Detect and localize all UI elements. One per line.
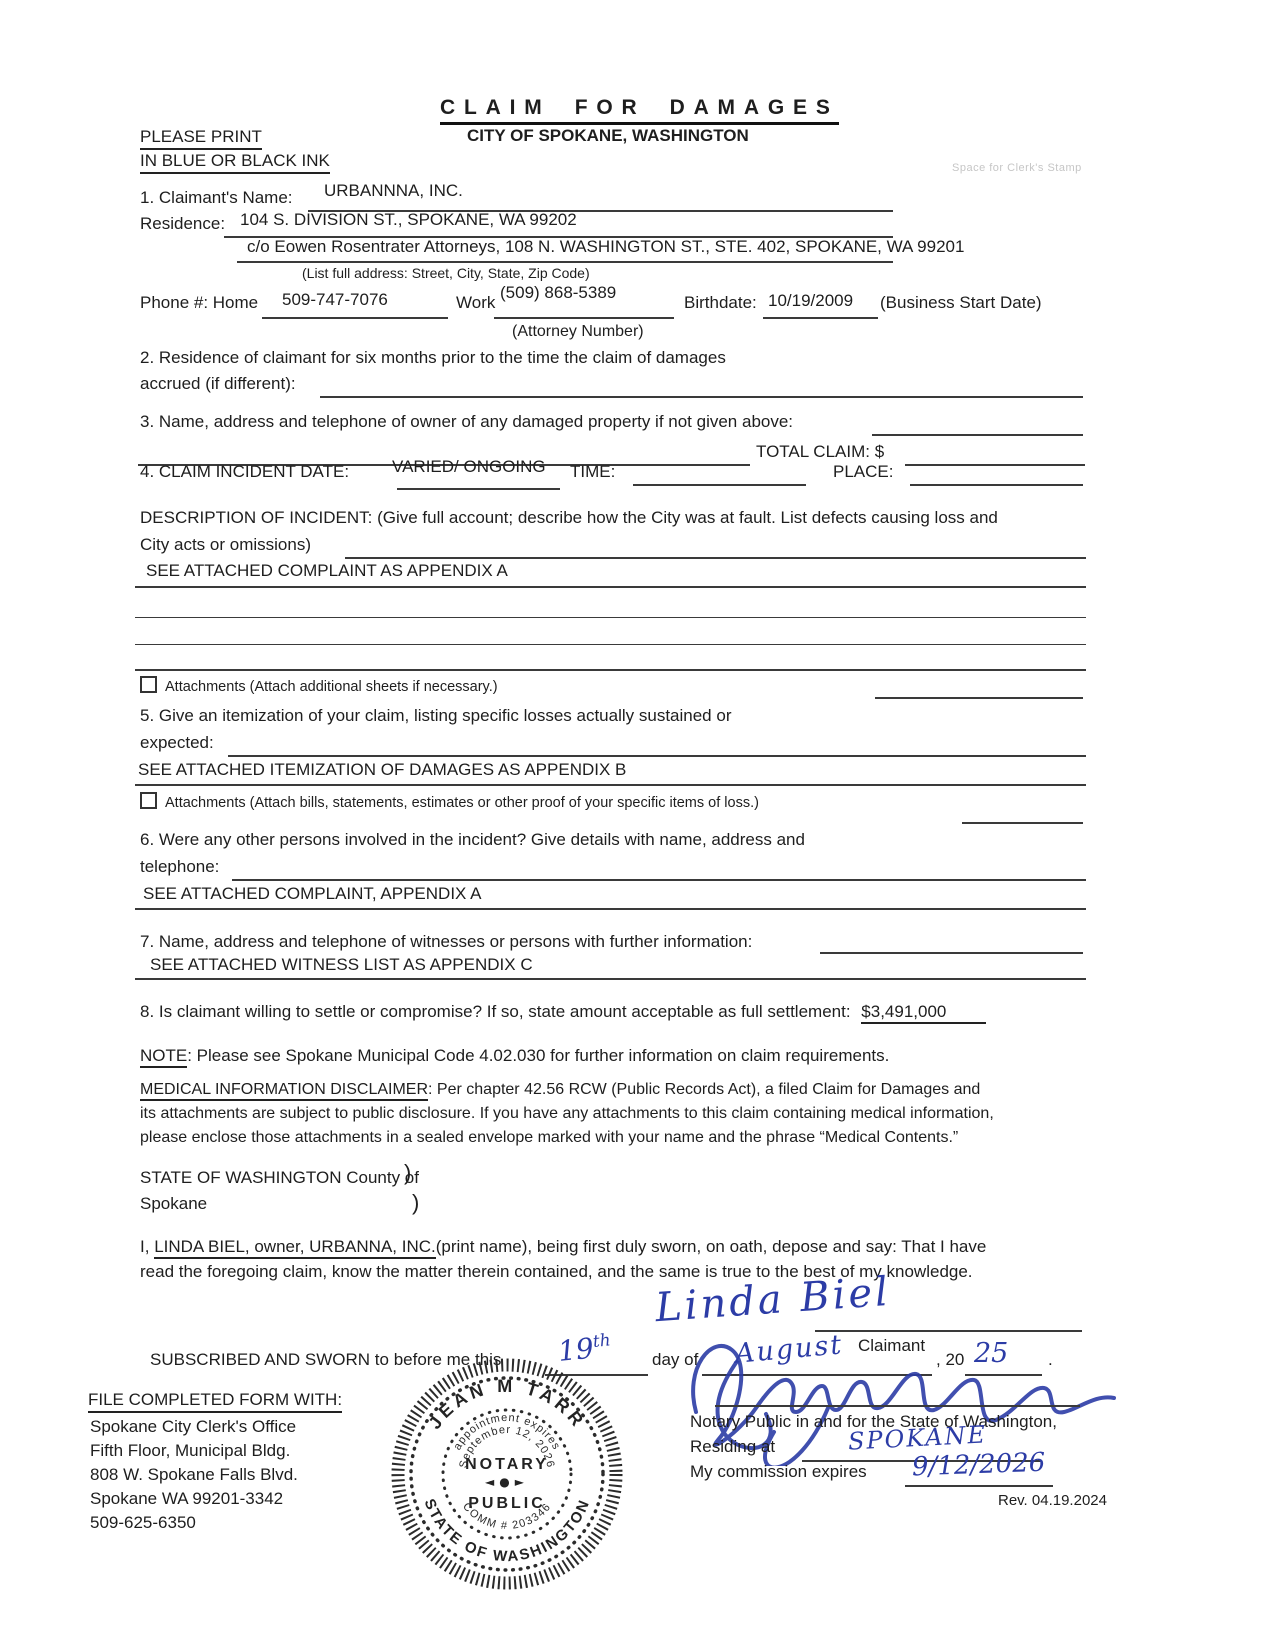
description-line2: City acts or omissions) xyxy=(140,535,311,555)
note-label: NOTE xyxy=(140,1046,187,1068)
item7-blank-line-right xyxy=(820,952,1083,954)
item2-line2: accrued (if different): xyxy=(140,374,296,394)
description-blank-line-0 xyxy=(345,557,1086,559)
print-instruction-2: IN BLUE OR BLACK INK xyxy=(140,151,330,174)
attachments-checkbox-2 xyxy=(140,792,157,809)
birthdate-value: 10/19/2009 xyxy=(768,291,853,311)
description-blank-line-3 xyxy=(135,644,1086,645)
stamp-word-public: PUBLIC xyxy=(468,1495,546,1512)
item7-line1: 7. Name, address and telephone of witnes… xyxy=(140,932,752,952)
total-claim-line xyxy=(905,464,1085,466)
settlement-amount: $3,491,000 xyxy=(861,1002,986,1024)
description-blank-line-4 xyxy=(135,669,1086,671)
medical-text-3: please enclose those attachments in a se… xyxy=(140,1128,958,1147)
item2-blank-line xyxy=(320,396,1083,398)
description-blank-line-1 xyxy=(135,586,1086,588)
item5-answer-line xyxy=(135,784,1086,786)
phone-work-label: Work xyxy=(456,293,495,313)
birthdate-label: Birthdate: xyxy=(684,293,757,313)
item5-line2: expected: xyxy=(140,733,214,753)
item5-line1: 5. Give an itemization of your claim, li… xyxy=(140,706,731,726)
item8-row: 8. Is claimant willing to settle or comp… xyxy=(140,1002,986,1022)
item5-blank-line-right xyxy=(875,697,1083,699)
item3-blank-line-1 xyxy=(872,434,1083,436)
item4-label: 4. CLAIM INCIDENT DATE: xyxy=(140,462,349,482)
time-label: TIME: xyxy=(570,462,615,482)
description-answer: SEE ATTACHED COMPLAINT AS APPENDIX A xyxy=(146,561,508,581)
medical-text-2: its attachments are subject to public di… xyxy=(140,1104,994,1123)
file-with-line-4: Spokane WA 99201-3342 xyxy=(90,1489,283,1509)
clerk-stamp-space-note: Space for Clerk's Stamp xyxy=(952,162,1082,175)
place-label: PLACE: xyxy=(833,462,893,482)
incident-date-value: VARIED/ ONGOING xyxy=(392,457,546,477)
attachments-checkbox-1 xyxy=(140,676,157,693)
claimant-name-value: URBANNNA, INC. xyxy=(324,181,463,201)
item6-line2: telephone: xyxy=(140,857,219,877)
stamp-word-notary: NOTARY xyxy=(465,1456,549,1473)
residence-value-2: c/o Eowen Rosentrater Attorneys, 108 N. … xyxy=(247,237,964,257)
birthdate-note: (Business Start Date) xyxy=(880,293,1042,313)
claim-for-damages-form: CLAIM FOR DAMAGES CITY OF SPOKANE, WASHI… xyxy=(0,0,1265,1637)
medical-label: MEDICAL INFORMATION DISCLAIMER xyxy=(140,1081,428,1101)
file-with-line-5: 509-625-6350 xyxy=(90,1513,196,1533)
revision-date: Rev. 04.19.2024 xyxy=(998,1492,1107,1510)
phone-home-value: 509-747-7076 xyxy=(282,290,388,310)
item5-answer: SEE ATTACHED ITEMIZATION OF DAMAGES AS A… xyxy=(138,760,626,780)
venue-paren-1: ) xyxy=(404,1160,411,1186)
residing-at-label: Residing at xyxy=(690,1437,775,1457)
phone-home-label: Phone #: Home xyxy=(140,293,258,313)
item2-line1: 2. Residence of claimant for six months … xyxy=(140,348,726,368)
phone-work-value: (509) 868-5389 xyxy=(500,283,616,303)
commission-expires-handwritten: 9/12/2026 xyxy=(911,1448,1045,1484)
file-with-title: FILE COMPLETED FORM WITH: xyxy=(88,1390,342,1413)
address-hint: (List full address: Street, City, State,… xyxy=(302,265,590,282)
description-line1: DESCRIPTION OF INCIDENT: (Give full acco… xyxy=(140,508,998,528)
residence-label: Residence: xyxy=(140,214,225,234)
attorney-number-note: (Attorney Number) xyxy=(512,322,644,341)
attachments-row-2: Attachments (Attach bills, statements, e… xyxy=(140,792,759,812)
form-title: CLAIM FOR DAMAGES xyxy=(440,95,839,125)
attachments-row-1: Attachments (Attach additional sheets if… xyxy=(140,676,498,696)
claimant-name-label: 1. Claimant's Name: xyxy=(140,188,293,208)
incident-date-line xyxy=(397,488,560,490)
attachments-note-1: Attachments (Attach additional sheets if… xyxy=(165,679,498,695)
venue-paren-2: ) xyxy=(412,1190,419,1216)
item8-line1: 8. Is claimant willing to settle or comp… xyxy=(140,1002,851,1021)
medical-row-1: MEDICAL INFORMATION DISCLAIMER: Per chap… xyxy=(140,1080,980,1099)
item6-blank-line xyxy=(232,879,1086,881)
commission-expires-label: My commission expires xyxy=(690,1462,867,1482)
commission-expires-line xyxy=(905,1485,1053,1487)
venue-line2: Spokane xyxy=(140,1194,207,1214)
oath-line1: I, LINDA BIEL, owner, URBANNA, INC.(prin… xyxy=(140,1237,986,1257)
venue-line1: STATE OF WASHINGTON County of xyxy=(140,1168,419,1188)
form-subtitle: CITY OF SPOKANE, WASHINGTON xyxy=(467,126,749,146)
medical-text-1: : Per chapter 42.56 RCW (Public Records … xyxy=(428,1081,980,1098)
stamp-center-glyphs: ◄●► xyxy=(485,1475,529,1489)
attachments-note-2: Attachments (Attach bills, statements, e… xyxy=(165,795,759,811)
oath-prefix: I, xyxy=(140,1237,149,1256)
residence-value: 104 S. DIVISION ST., SPOKANE, WA 99202 xyxy=(240,210,577,230)
print-instruction-1: PLEASE PRINT xyxy=(140,127,262,150)
item7-answer: SEE ATTACHED WITNESS LIST AS APPENDIX C xyxy=(150,955,533,975)
total-claim-label: TOTAL CLAIM: $ xyxy=(756,442,884,462)
note-text: : Please see Spokane Municipal Code 4.02… xyxy=(187,1046,889,1065)
item6-blank-line-right xyxy=(962,822,1083,824)
phone-home-line xyxy=(262,317,448,319)
phone-work-line xyxy=(494,317,674,319)
residence-line-2 xyxy=(237,261,893,263)
file-with-line-2: Fifth Floor, Municipal Bldg. xyxy=(90,1441,290,1461)
birthdate-line xyxy=(763,317,878,319)
item6-answer-line xyxy=(135,908,1086,910)
item7-answer-line xyxy=(135,978,1086,980)
description-blank-line-2 xyxy=(135,617,1086,618)
time-line xyxy=(633,484,806,486)
item6-answer: SEE ATTACHED COMPLAINT, APPENDIX A xyxy=(143,884,482,904)
item5-blank-line xyxy=(228,755,1086,757)
oath-name: LINDA BIEL, owner, URBANNA, INC. xyxy=(154,1237,436,1259)
file-with-line-3: 808 W. Spokane Falls Blvd. xyxy=(90,1465,298,1485)
item6-line1: 6. Were any other persons involved in th… xyxy=(140,830,805,850)
item3-line1: 3. Name, address and telephone of owner … xyxy=(140,412,793,432)
oath-suffix: (print name), being first duly sworn, on… xyxy=(436,1237,987,1256)
notary-stamp-seal: JEAN M TARR appointment expires Septembe… xyxy=(383,1350,631,1598)
place-line xyxy=(910,484,1083,486)
file-with-line-1: Spokane City Clerk's Office xyxy=(90,1417,296,1437)
notary-signature-line xyxy=(715,1405,1080,1407)
note-row: NOTE: Please see Spokane Municipal Code … xyxy=(140,1046,889,1066)
